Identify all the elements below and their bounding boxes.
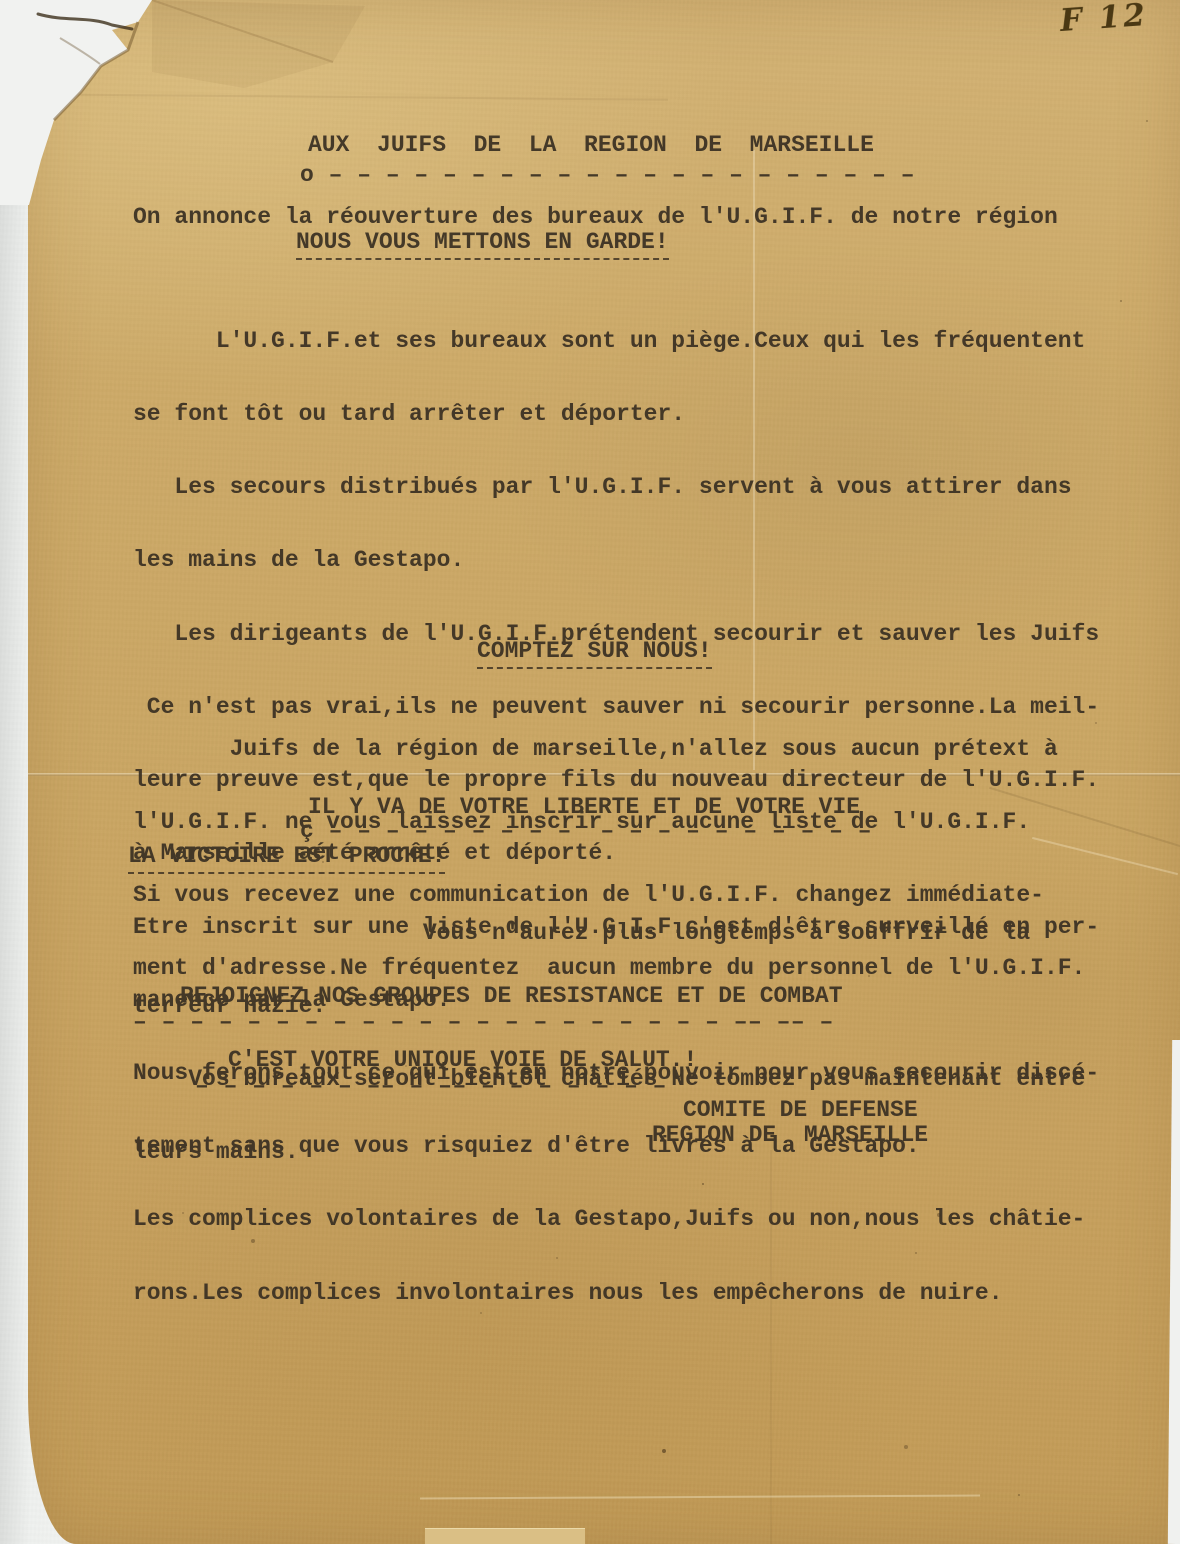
body-line: L'U.G.I.F.et ses bureaux sont un piège.C…	[133, 329, 1099, 353]
comptez-heading: COMPTEZ SUR NOUS!	[477, 638, 712, 669]
liberte-heading: IL Y VA DE VOTRE LIBERTE ET DE VOTRE VIE	[308, 795, 860, 819]
liberte-dashed-rule: ç – – – – – – – – – – – – – – – – – – –	[300, 819, 872, 843]
intro-line: On annonce la réouverture des bureaux de…	[133, 205, 1058, 229]
victoire-line: Vous n'aurez plus longtemps à souffrir d…	[133, 921, 1085, 945]
appeal-line: Juifs de la région de marseille,n'allez …	[133, 737, 1085, 761]
signature-committee: COMITE DE DEFENSE	[683, 1098, 918, 1122]
scanned-document-page: F 12 AUX JUIFS DE LA REGION DE MARSEILLE…	[0, 0, 1180, 1544]
resistance-heading: REJOIGNEZ NOS GROUPES DE RESISTANCE ET D…	[180, 984, 843, 1008]
salut-dashed-rule: – – – – – – –– – –– – – – – – – –	[195, 1074, 667, 1098]
victoire-line: leurs mains.	[133, 1140, 1085, 1164]
body-line: se font tôt ou tard arrêter et déporter.	[133, 402, 1099, 426]
body-line: rons.Les complices involontaires nous le…	[133, 1281, 1099, 1305]
body-line: Les secours distribués par l'U.G.I.F. se…	[133, 475, 1099, 499]
victoire-heading: LA VICTOIRE EST PROCHE!	[128, 843, 445, 874]
title-dashed-rule: o – – – – – – – – – – – – – – – – – – – …	[300, 163, 915, 187]
salut-heading: C'EST VOTRE UNIQUE VOIE DE SALUT.!	[228, 1048, 697, 1072]
victoire-paragraph: Vous n'aurez plus longtemps à souffrir d…	[133, 872, 1085, 1214]
page-title: AUX JUIFS DE LA REGION DE MARSEILLE	[308, 133, 874, 157]
typewritten-text-layer: AUX JUIFS DE LA REGION DE MARSEILLE o – …	[0, 0, 1180, 1544]
resistance-dashed-rule: – – – – – – – – – – – – – – – – – – – – …	[133, 1010, 834, 1034]
warning-heading: NOUS VOUS METTONS EN GARDE!	[296, 229, 669, 260]
signature-region: REGION DE MARSEILLE	[652, 1123, 928, 1147]
body-line: les mains de la Gestapo.	[133, 548, 1099, 572]
